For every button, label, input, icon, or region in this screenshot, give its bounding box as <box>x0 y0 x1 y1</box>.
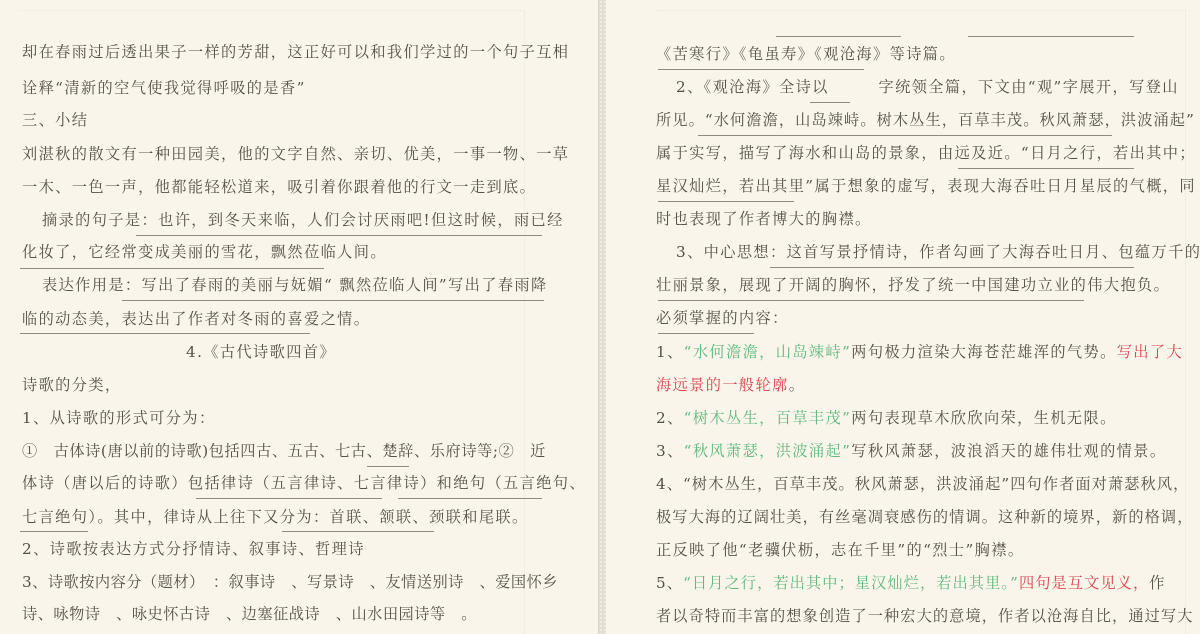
underline <box>658 201 794 202</box>
underline <box>958 168 1134 169</box>
list-item-5: 5、“日月之行，若出其中；星汉灿烂，若出其里。”四句是互文见义，作 <box>656 573 1166 593</box>
text-line: 壮丽景象，展现了开阔的胸怀，抒发了统一中国建功立业的伟大抱负。 <box>656 275 1170 295</box>
underline <box>776 36 901 37</box>
text-line: 刘湛秋的散文有一种田园美，他的文字自然、亲切、优美，一事一物、一草 <box>22 144 569 164</box>
highlighted-quote: “日月之行，若出其中；星汉灿烂，若出其里。” <box>683 574 1019 592</box>
text-line: 3、中心思想：这首写景抒情诗，作者勾画了大海吞吐日月、包蕴万千的 <box>676 242 1200 262</box>
document-page-left: 却在春雨过后透出果子一样的芳甜，这正好可以和我们学过的一个句子互相 诠释“清新的… <box>0 0 598 634</box>
underline <box>658 300 1084 301</box>
underline <box>770 267 1134 268</box>
underline <box>658 69 864 70</box>
text-line: 摘录的句子是：也许，到冬天来临，人们会讨厌雨吧!但这时候，雨已经 <box>42 210 564 230</box>
text-line: 化妆了，它经常变成美丽的雪花，飘然莅临人间。 <box>22 242 387 262</box>
list-item-4-cont: 极写大海的辽阔壮美，有丝毫凋衰感伤的情调。这种新的境界，新的格调， <box>656 507 1194 527</box>
list-item-2: 2、“树木丛生，百草丰茂”两句表现草木欣欣向荣，生机无限。 <box>656 408 1117 428</box>
underline <box>698 135 1112 136</box>
underline <box>136 235 542 236</box>
document-page-right: 《苦寒行》《龟虽寿》《观沧海》等诗篇。 2、《观沧海》全诗以 字统领全篇，下文由… <box>606 0 1200 634</box>
list-item-3: 3、“秋风萧瑟，洪波涌起”写秋风萧瑟，波浪滔天的雄伟壮观的情景。 <box>656 441 1166 461</box>
list-item-1: 1、“水何澹澹，山岛竦峙”两句极力渲染大海苍茫雄浑的气势。写出了大 <box>656 342 1183 362</box>
underline <box>122 300 544 301</box>
underline <box>20 531 88 532</box>
list-item-1-cont: 海远景的一般轮廓。 <box>656 375 805 395</box>
text-line: 一木、一色一声，他都能轻松道来，吸引着你跟着他的行文一走到底。 <box>22 177 536 197</box>
text-line: 星汉灿烂，若出其里”属于想象的虚写，表现大海吞吐日月星辰的气概，同 <box>656 176 1196 196</box>
text-line: 3、诗歌按内容分（题材） ：叙事诗 、写景诗 、友情送别诗 、爱国怀乡 <box>22 572 558 592</box>
text-line: 临的动态美，表达出了作者对冬雨的喜爱之情。 <box>22 309 370 329</box>
text-line: 所见。“水何澹澹，山岛竦峙。树木丛生，百草丰茂。秋风萧瑟，洪波涌起” <box>656 110 1195 130</box>
highlighted-note: 写出了大 <box>1117 343 1183 361</box>
text-line: 诠释“清新的空气使我觉得呼吸的是香” <box>22 78 306 98</box>
underline <box>658 333 754 334</box>
text-line: 属于实写，描写了海水和山岛的景象，由远及近。“日月之行，若出其中； <box>656 143 1196 163</box>
underline <box>20 333 310 334</box>
underline <box>398 498 542 499</box>
text-line: 《苦寒行》《龟虽寿》《观沧海》等诗篇。 <box>656 44 956 64</box>
highlighted-quote: “秋风萧瑟，洪波涌起” <box>684 442 852 460</box>
highlighted-note: 海远景的一般轮廓 <box>656 376 789 394</box>
text-line: 表达作用是：写出了春雨的美丽与妩媚“ 飘然莅临人间”写出了春雨降 <box>42 275 548 295</box>
underline <box>367 466 409 467</box>
underline <box>968 36 1134 37</box>
text-line: ① 古体诗(唐以前的诗歌)包括四古、五古、七古、楚辞、乐府诗等;② 近 <box>22 441 546 461</box>
text-line: 诗、咏物诗 、咏史怀古诗 、边塞征战诗 、山水田园诗等 。 <box>22 604 477 624</box>
highlighted-quote: “树木丛生，百草丰茂” <box>684 409 852 427</box>
underline <box>20 268 324 269</box>
text-line: 必须掌握的内容： <box>656 308 789 328</box>
section-heading: 三、小结 <box>22 110 88 130</box>
text-line: 体诗（唐以后的诗歌）包括律诗（五言律诗、七言律诗）和绝句（五言绝句、 <box>22 473 586 493</box>
highlighted-quote: “水何澹澹，山岛竦峙” <box>684 343 852 361</box>
list-item-5-cont: 者以奇特而丰富的想象创造了一种宏大的意境，作者以沧海自比，通过写大 <box>656 606 1194 626</box>
underline <box>282 531 434 532</box>
text-line: 却在春雨过后透出果子一样的芳甜，这正好可以和我们学过的一个句子互相 <box>22 42 569 62</box>
text-line: 2、诗歌按表达方式分抒情诗、叙事诗、哲理诗 <box>22 539 365 559</box>
text-line: 时也表现了作者博大的胸襟。 <box>656 209 872 229</box>
text-line: 2、《观沧海》全诗以 字统领全篇，下文由“观”字展开，写登山 <box>676 77 1179 97</box>
section-title: 4.《古代诗歌四首》 <box>186 342 336 362</box>
text-line: 1、从诗歌的形式可分为： <box>22 408 216 428</box>
blank-underline <box>810 102 850 103</box>
list-item-4-cont: 正反映了他“老骥伏枥，志在千里”的“烈士”胸襟。 <box>656 540 1024 560</box>
list-item-4: 4、“树木丛生，百草丰茂。秋风萧瑟，洪波涌起”四句作者面对萧瑟秋风， <box>656 474 1189 494</box>
text-line: 诗歌的分类， <box>22 375 122 395</box>
underline <box>196 498 382 499</box>
highlighted-note: 四句是互文见义， <box>1019 574 1149 592</box>
text-line: 七言绝句）。其中，律诗从上往下又分为：首联、颔联、颈联和尾联。 <box>22 507 529 527</box>
